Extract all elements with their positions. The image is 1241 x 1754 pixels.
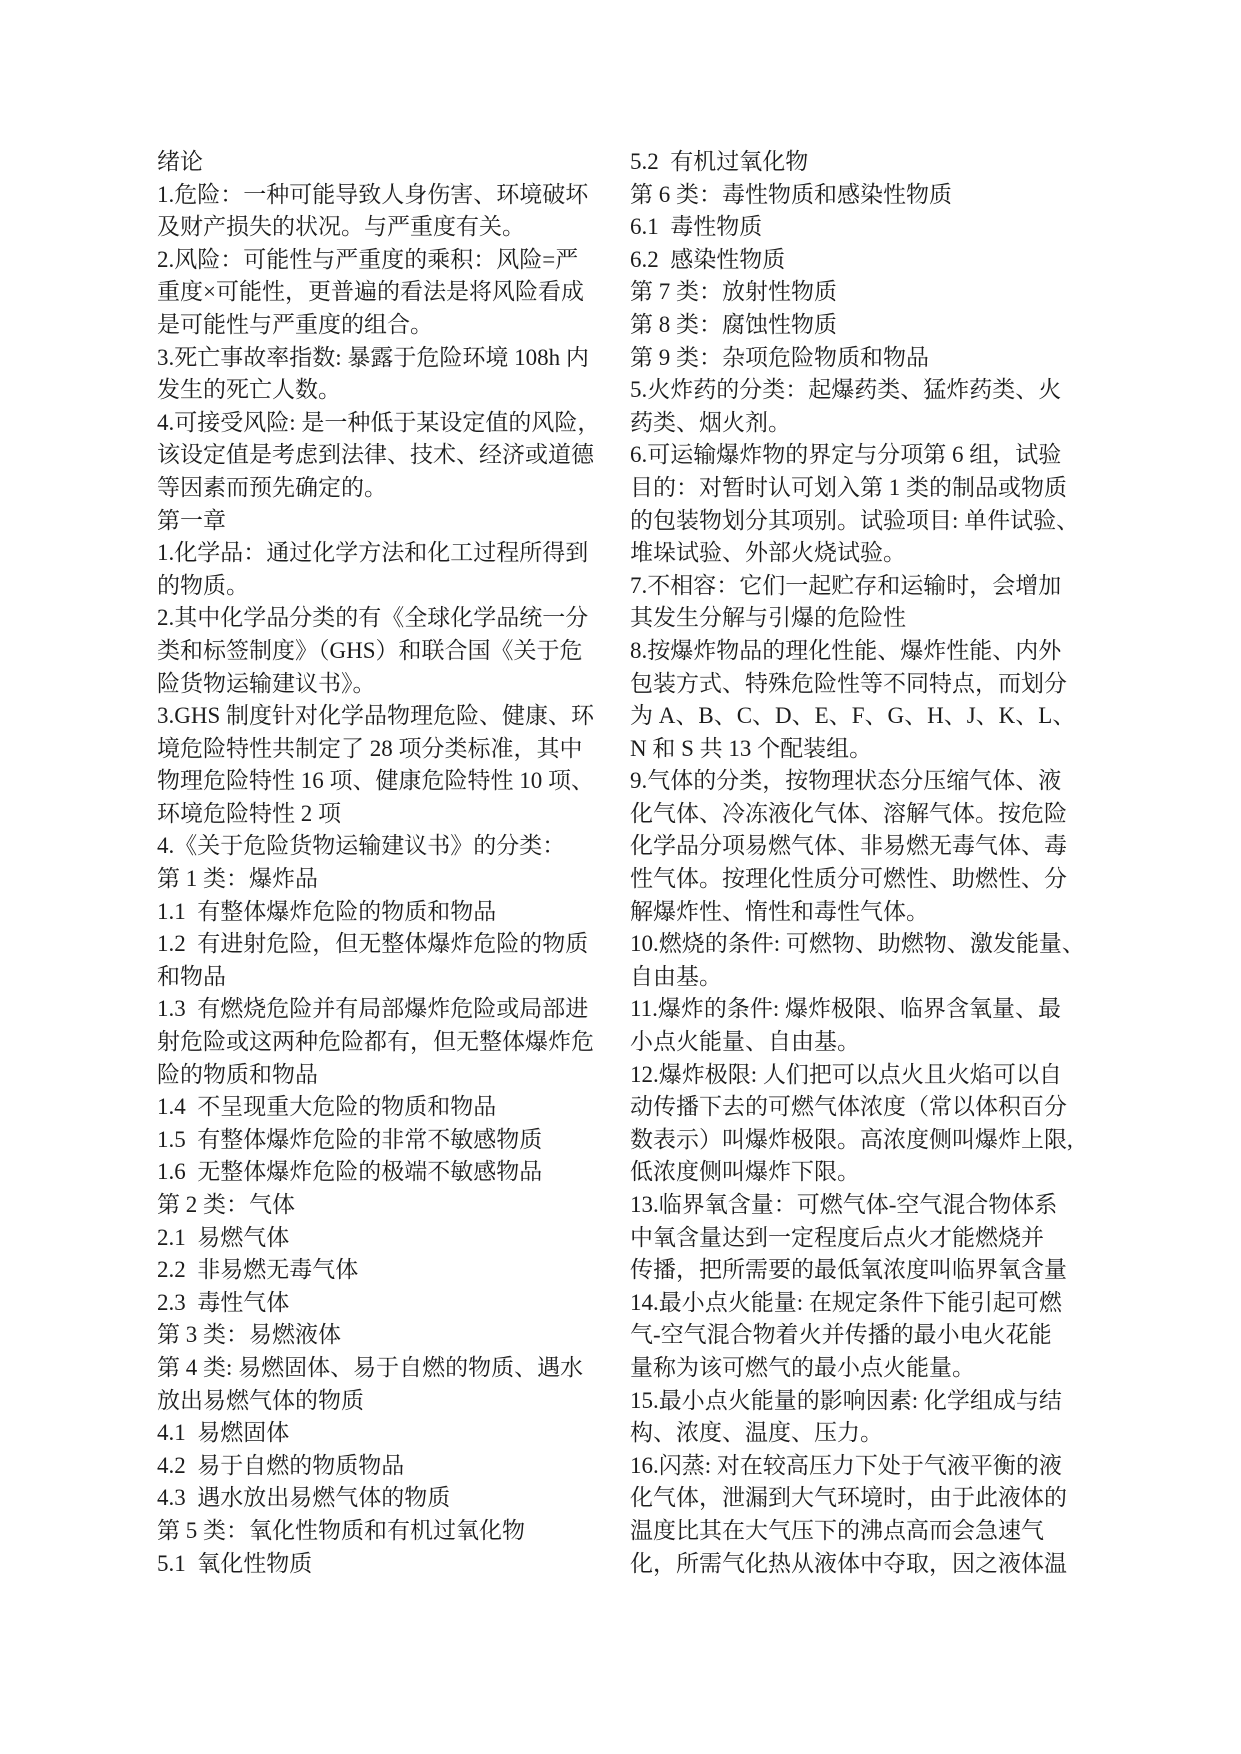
text-line: 2.3 毒性气体 (157, 1287, 607, 1320)
text-line: 中氧含量达到一定程度后点火才能燃烧并 (630, 1222, 1080, 1255)
text-line: 目的：对暂时认可划入第 1 类的制品或物质 (630, 472, 1080, 505)
text-line: 和物品 (157, 961, 607, 994)
text-line: 4.1 易燃固体 (157, 1417, 607, 1450)
document-page: 绪论1.危险：一种可能导致人身伤害、环境破坏及财产损失的状况。与严重度有关。2.… (0, 0, 1241, 1754)
text-line: 环境危险特性 2 项 (157, 798, 607, 831)
text-line: 发生的死亡人数。 (157, 374, 607, 407)
text-line: 2.其中化学品分类的有《全球化学品统一分 (157, 602, 607, 635)
text-line: 7.不相容：它们一起贮存和运输时，会增加 (630, 570, 1080, 603)
text-line: 1.危险：一种可能导致人身伤害、环境破坏 (157, 179, 607, 212)
left-column: 绪论1.危险：一种可能导致人身伤害、环境破坏及财产损失的状况。与严重度有关。2.… (157, 146, 607, 1580)
text-line: 传播，把所需要的最低氧浓度叫临界氧含量 (630, 1254, 1080, 1287)
text-line: 化学品分项易燃气体、非易燃无毒气体、毒 (630, 830, 1080, 863)
text-line: 14.最小点火能量: 在规定条件下能引起可燃 (630, 1287, 1080, 1320)
text-line: 6.1 毒性物质 (630, 211, 1080, 244)
text-line: 量称为该可燃气的最小点火能量。 (630, 1352, 1080, 1385)
text-line: 6.可运输爆炸物的界定与分项第 6 组，试验 (630, 439, 1080, 472)
text-line: 其发生分解与引爆的危险性 (630, 602, 1080, 635)
text-line: 解爆炸性、惰性和毒性气体。 (630, 896, 1080, 929)
text-line: 第 9 类：杂项危险物质和物品 (630, 342, 1080, 375)
text-line: 13.临界氧含量：可燃气体-空气混合物体系 (630, 1189, 1080, 1222)
text-line: 8.按爆炸物品的理化性能、爆炸性能、内外 (630, 635, 1080, 668)
text-line: 物理危险特性 16 项、健康危险特性 10 项、 (157, 765, 607, 798)
text-line: N 和 S 共 13 个配装组。 (630, 733, 1080, 766)
text-line: 1.2 有进射危险，但无整体爆炸危险的物质 (157, 928, 607, 961)
text-line: 4.2 易于自燃的物质物品 (157, 1450, 607, 1483)
text-line: 10.燃烧的条件: 可燃物、助燃物、激发能量、 (630, 928, 1080, 961)
text-line: 第 5 类：氧化性物质和有机过氧化物 (157, 1515, 607, 1548)
text-line: 12.爆炸极限: 人们把可以点火且火焰可以自 (630, 1059, 1080, 1092)
text-line: 化，所需气化热从液体中夺取，因之液体温 (630, 1548, 1080, 1581)
text-line: 化气体、冷冻液化气体、溶解气体。按危险 (630, 798, 1080, 831)
text-line: 重度×可能性，更普遍的看法是将风险看成 (157, 276, 607, 309)
text-line: 化气体，泄漏到大气环境时，由于此液体的 (630, 1482, 1080, 1515)
text-line: 险货物运输建议书》。 (157, 668, 607, 701)
text-columns: 绪论1.危险：一种可能导致人身伤害、环境破坏及财产损失的状况。与严重度有关。2.… (157, 146, 1080, 1580)
text-line: 性气体。按理化性质分可燃性、助燃性、分 (630, 863, 1080, 896)
text-line: 1.3 有燃烧危险并有局部爆炸危险或局部进 (157, 993, 607, 1026)
text-line: 16.闪蒸: 对在较高压力下处于气液平衡的液 (630, 1450, 1080, 1483)
text-line: 2.1 易燃气体 (157, 1222, 607, 1255)
text-line: 放出易燃气体的物质 (157, 1385, 607, 1418)
text-line: 1.5 有整体爆炸危险的非常不敏感物质 (157, 1124, 607, 1157)
text-line: 第 6 类：毒性物质和感染性物质 (630, 179, 1080, 212)
text-line: 境危险特性共制定了 28 项分类标准，其中 (157, 733, 607, 766)
text-line: 包装方式、特殊危险性等不同特点，而划分 (630, 668, 1080, 701)
text-line: 第一章 (157, 505, 607, 538)
text-line: 为 A、B、C、D、E、F、G、H、J、K、L、 (630, 700, 1080, 733)
text-line: 4.《关于危险货物运输建议书》的分类： (157, 830, 607, 863)
text-line: 温度比其在大气压下的沸点高而会急速气 (630, 1515, 1080, 1548)
text-line: 该设定值是考虑到法律、技术、经济或道德 (157, 439, 607, 472)
text-line: 第 4 类: 易燃固体、易于自燃的物质、遇水 (157, 1352, 607, 1385)
text-line: 的物质。 (157, 570, 607, 603)
text-line: 射危险或这两种危险都有，但无整体爆炸危 (157, 1026, 607, 1059)
text-line: 5.2 有机过氧化物 (630, 146, 1080, 179)
text-line: 2.风险：可能性与严重度的乘积：风险=严 (157, 244, 607, 277)
text-line: 15.最小点火能量的影响因素: 化学组成与结 (630, 1385, 1080, 1418)
text-line: 小点火能量、自由基。 (630, 1026, 1080, 1059)
text-line: 3.GHS 制度针对化学品物理危险、健康、环 (157, 700, 607, 733)
text-line: 绪论 (157, 146, 607, 179)
text-line: 药类、烟火剂。 (630, 407, 1080, 440)
text-line: 第 7 类：放射性物质 (630, 276, 1080, 309)
right-column: 5.2 有机过氧化物第 6 类：毒性物质和感染性物质6.1 毒性物质6.2 感染… (630, 146, 1080, 1580)
text-line: 1.1 有整体爆炸危险的物质和物品 (157, 896, 607, 929)
text-line: 5.火炸药的分类：起爆药类、猛炸药类、火 (630, 374, 1080, 407)
text-line: 第 3 类：易燃液体 (157, 1319, 607, 1352)
text-line: 4.3 遇水放出易燃气体的物质 (157, 1482, 607, 1515)
text-line: 的包装物划分其项别。试验项目: 单件试验、 (630, 505, 1080, 538)
text-line: 4.可接受风险: 是一种低于某设定值的风险， (157, 407, 607, 440)
text-line: 及财产损失的状况。与严重度有关。 (157, 211, 607, 244)
text-line: 5.1 氧化性物质 (157, 1548, 607, 1581)
text-line: 9.气体的分类，按物理状态分压缩气体、液 (630, 765, 1080, 798)
text-line: 构、浓度、温度、压力。 (630, 1417, 1080, 1450)
text-line: 1.4 不呈现重大危险的物质和物品 (157, 1091, 607, 1124)
text-line: 1.6 无整体爆炸危险的极端不敏感物品 (157, 1156, 607, 1189)
text-line: 第 1 类：爆炸品 (157, 863, 607, 896)
text-line: 3.死亡事故率指数: 暴露于危险环境 108h 内 (157, 342, 607, 375)
text-line: 数表示）叫爆炸极限。高浓度侧叫爆炸上限, (630, 1124, 1080, 1157)
text-line: 第 2 类：气体 (157, 1189, 607, 1222)
text-line: 气-空气混合物着火并传播的最小电火花能 (630, 1319, 1080, 1352)
text-line: 6.2 感染性物质 (630, 244, 1080, 277)
text-line: 是可能性与严重度的组合。 (157, 309, 607, 342)
text-line: 自由基。 (630, 961, 1080, 994)
text-line: 2.2 非易燃无毒气体 (157, 1254, 607, 1287)
text-line: 低浓度侧叫爆炸下限。 (630, 1156, 1080, 1189)
text-line: 1.化学品：通过化学方法和化工过程所得到 (157, 537, 607, 570)
text-line: 11.爆炸的条件: 爆炸极限、临界含氧量、最 (630, 993, 1080, 1026)
text-line: 第 8 类：腐蚀性物质 (630, 309, 1080, 342)
text-line: 类和标签制度》（GHS）和联合国《关于危 (157, 635, 607, 668)
text-line: 险的物质和物品 (157, 1059, 607, 1092)
text-line: 动传播下去的可燃气体浓度（常以体积百分 (630, 1091, 1080, 1124)
text-line: 等因素而预先确定的。 (157, 472, 607, 505)
text-line: 堆垛试验、外部火烧试验。 (630, 537, 1080, 570)
